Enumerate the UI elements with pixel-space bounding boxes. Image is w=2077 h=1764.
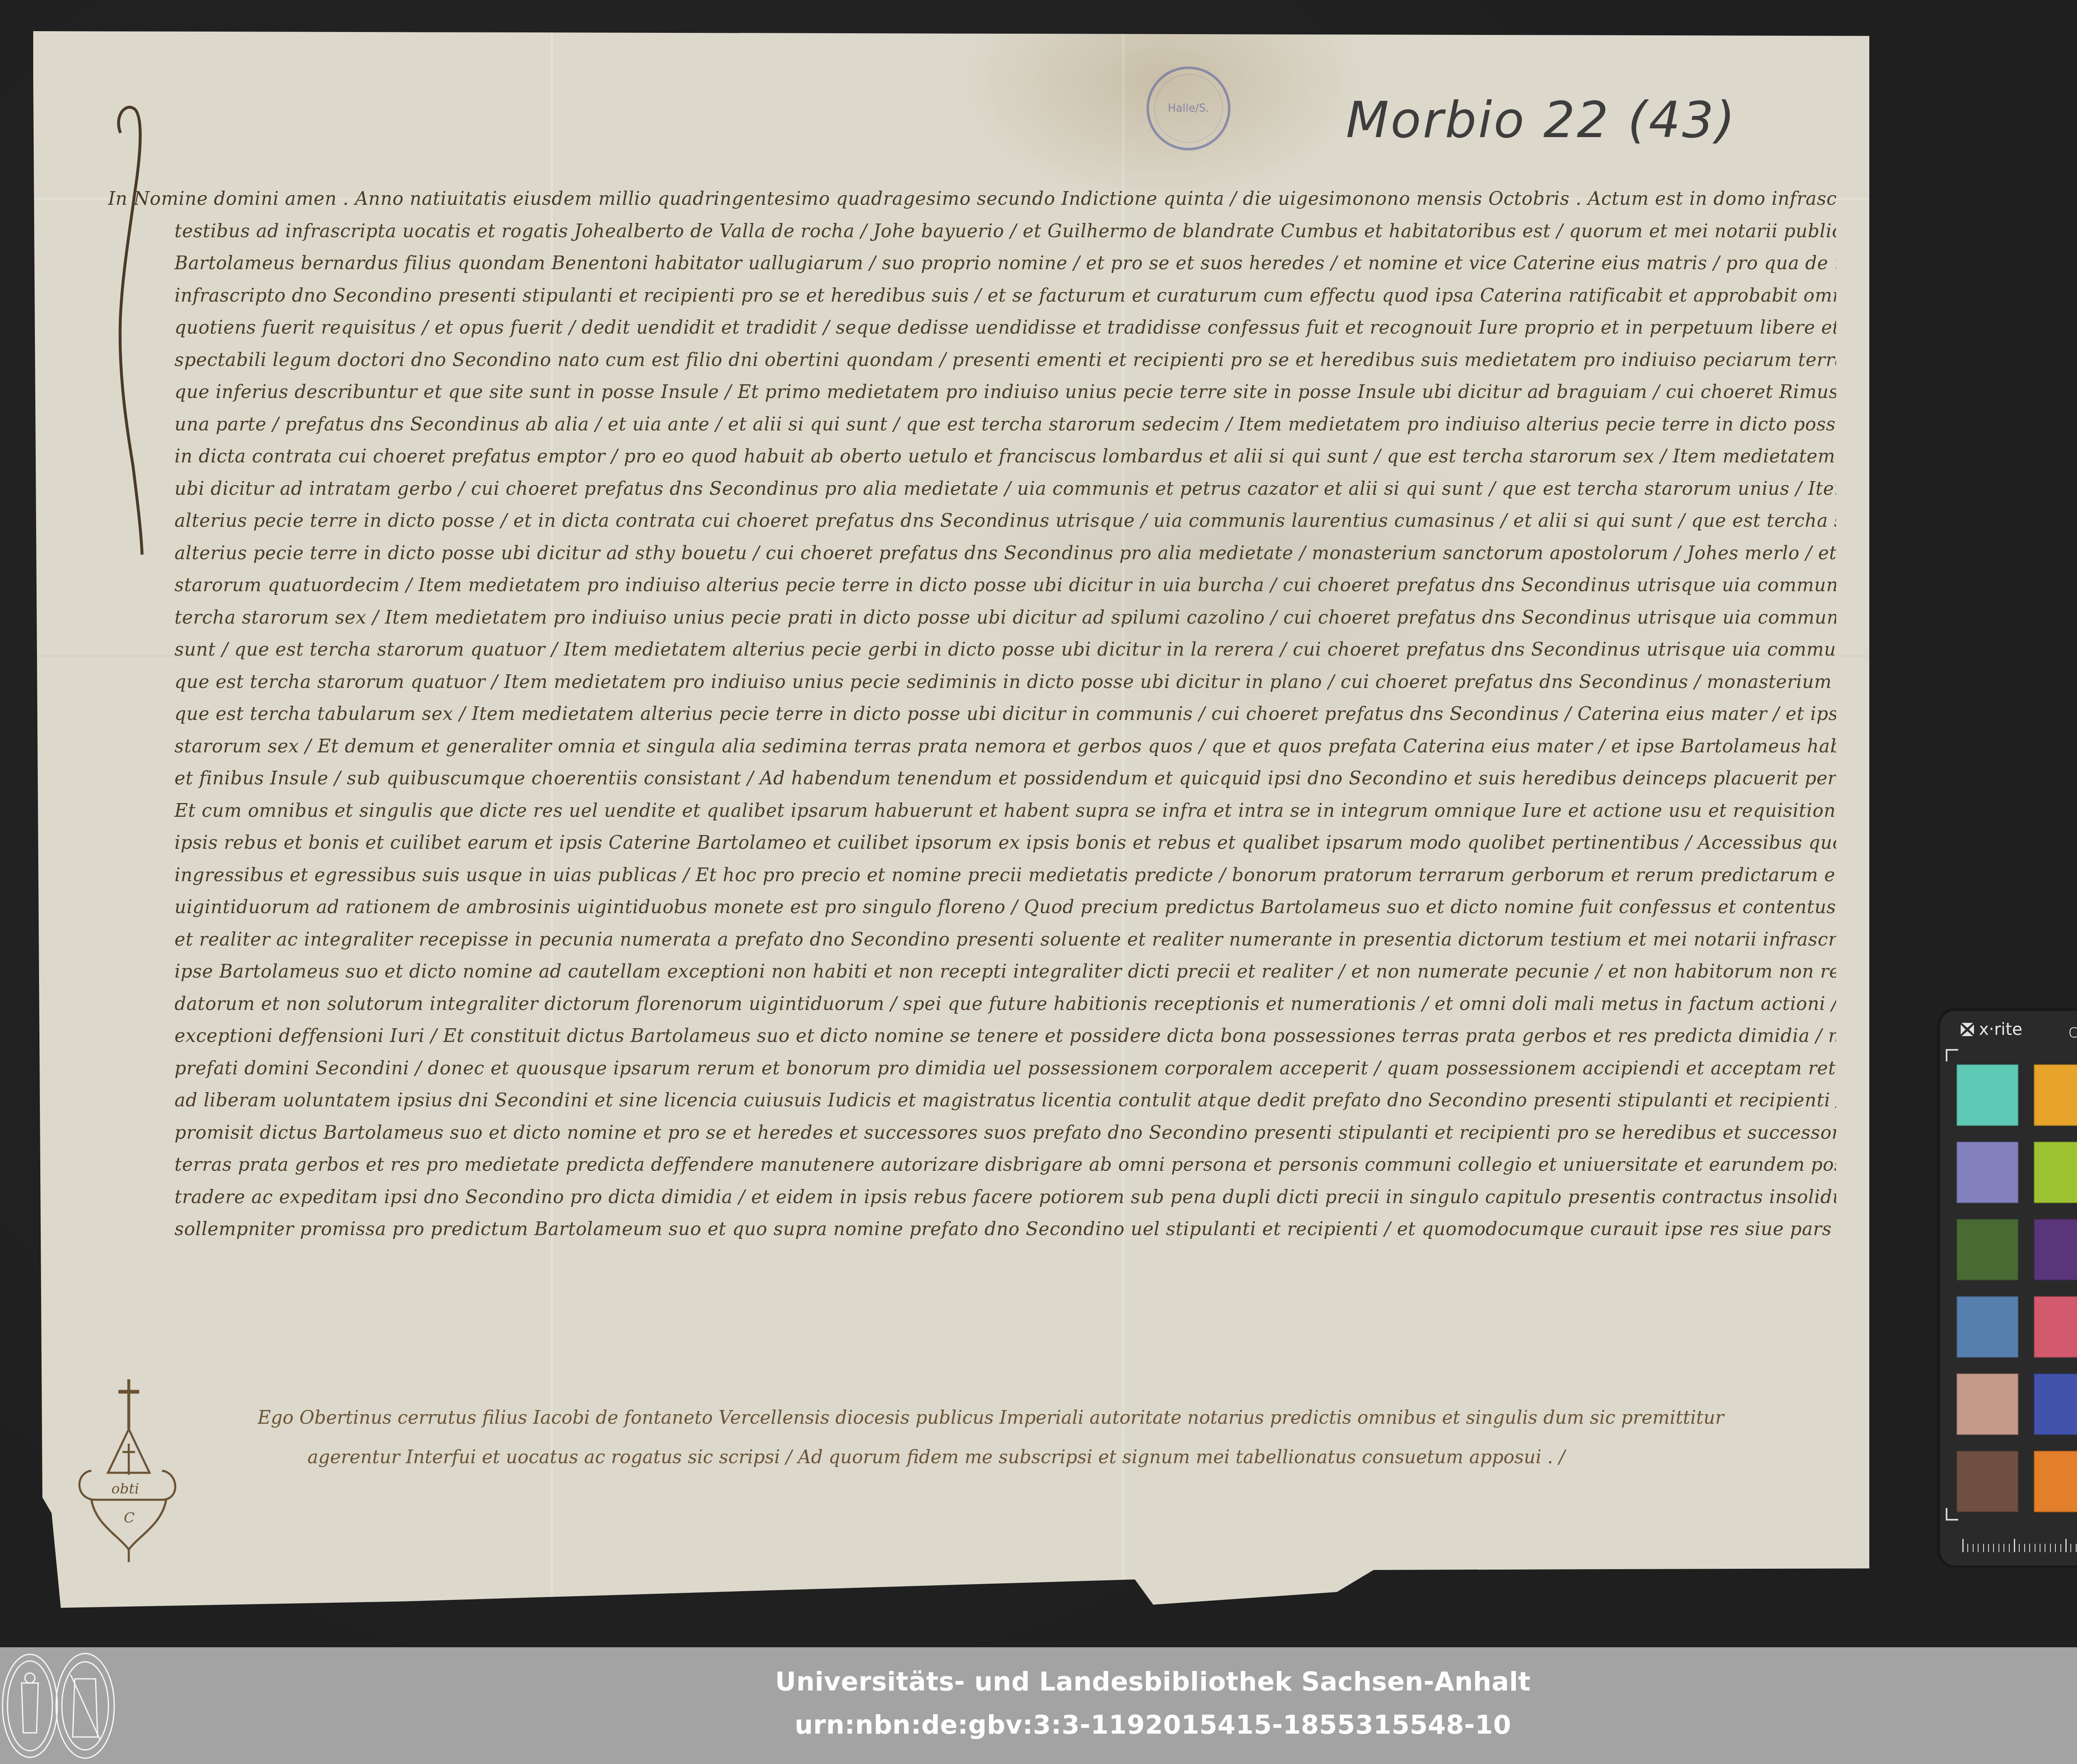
color-patch xyxy=(2034,1064,2077,1126)
svg-text:C: C xyxy=(124,1510,135,1526)
text-line: ipse Bartolameus suo et dicto nomine ad … xyxy=(108,956,1836,988)
text-line: in dicta contrata cui choeret prefatus e… xyxy=(108,440,1836,473)
text-line: terras prata gerbos et res pro medietate… xyxy=(108,1149,1836,1181)
text-line: uigintiduorum ad rationem de ambrosinis … xyxy=(108,891,1836,924)
xrite-brand: x·rite xyxy=(1960,1020,2022,1039)
text-line: alterius pecie terre in dicto posse ubi … xyxy=(108,537,1836,570)
text-line: sollempniter promissa pro predictum Bart… xyxy=(108,1213,1836,1246)
text-line: una parte / prefatus dns Secondinus ab a… xyxy=(108,408,1836,441)
svg-text:obti: obti xyxy=(111,1481,139,1497)
institution-name: Universitäts- und Landesbibliothek Sachs… xyxy=(0,1666,2077,1697)
text-line: prefati domini Secondini / donec et quou… xyxy=(108,1052,1836,1085)
library-footer-banner: Universitäts- und Landesbibliothek Sachs… xyxy=(0,1647,2077,1764)
color-patch xyxy=(2034,1219,2077,1280)
text-line: ubi dicitur ad intratam gerbo / cui choe… xyxy=(108,473,1836,505)
color-patch xyxy=(1957,1142,2018,1203)
text-line: In Nomine domini amen . Anno natiuitatis… xyxy=(108,183,1836,215)
library-ownership-stamp: Halle/S. xyxy=(1147,66,1230,150)
text-line: promisit dictus Bartolameus suo et dicto… xyxy=(108,1117,1836,1149)
text-line: et finibus Insule / sub quibuscumque cho… xyxy=(108,762,1836,795)
text-line: quotiens fuerit requisitus / et opus fue… xyxy=(108,312,1836,344)
color-patch xyxy=(1957,1219,2018,1280)
color-patch xyxy=(1957,1296,2018,1358)
shelfmark: Morbio 22 (43) xyxy=(1346,91,1737,149)
colorchecker-card: x·rite colorchecker CLASSIC mm xyxy=(1940,1011,2077,1565)
text-line: Bartolameus bernardus filius quondam Ben… xyxy=(108,247,1836,280)
subscription-line: agerentur Interfui et uocatus ac rogatus… xyxy=(258,1437,1753,1477)
color-patch xyxy=(1957,1373,2018,1435)
text-line: exceptioni deffensioni Iuri / Et constit… xyxy=(108,1020,1836,1052)
color-patch xyxy=(2034,1296,2077,1358)
color-patch xyxy=(1957,1451,2018,1512)
xrite-label: x·rite xyxy=(1979,1020,2022,1039)
xrite-logo-icon xyxy=(1960,1021,1975,1038)
text-line: tradere ac expeditam ipsi dno Secondino … xyxy=(108,1181,1836,1214)
text-line: Et cum omnibus et singulis que dicte res… xyxy=(108,795,1836,827)
text-line: testibus ad infrascripta uocatis et roga… xyxy=(108,215,1836,248)
notary-signum-icon: obti C xyxy=(66,1367,191,1562)
text-line: ad liberam uoluntatem ipsius dni Secondi… xyxy=(108,1084,1836,1117)
registration-corner xyxy=(1946,1049,1958,1061)
text-line: que est tercha starorum quatuor / Item m… xyxy=(108,666,1836,698)
text-line: ipsis rebus et bonis et cuilibet earum e… xyxy=(108,827,1836,859)
colorchecker-title: colorchecker CLASSIC xyxy=(2068,1021,2077,1042)
color-patch xyxy=(2034,1142,2077,1203)
stamp-ring xyxy=(1154,74,1223,143)
text-line: alterius pecie terre in dicto posse / et… xyxy=(108,505,1836,537)
text-line: infrascripto dno Secondino presenti stip… xyxy=(108,280,1836,312)
color-patch xyxy=(2034,1373,2077,1435)
text-line: et realiter ac integraliter recepisse in… xyxy=(108,924,1836,956)
text-line: starorum sex / Et demum et generaliter o… xyxy=(108,730,1836,763)
charter-body-text: In Nomine domini amen . Anno natiuitatis… xyxy=(108,183,1836,1246)
text-line: tercha starorum sex / Item medietatem pr… xyxy=(108,602,1836,634)
notarial-subscription: Ego Obertinus cerrutus filius Iacobi de … xyxy=(258,1398,1753,1477)
text-line: sunt / que est tercha starorum quatuor /… xyxy=(108,634,1836,666)
title-light: color xyxy=(2068,1021,2077,1042)
text-line: datorum et non solutorum integraliter di… xyxy=(108,988,1836,1020)
text-line: starorum quatuordecim / Item medietatem … xyxy=(108,569,1836,602)
subscription-line: Ego Obertinus cerrutus filius Iacobi de … xyxy=(258,1398,1753,1437)
text-line: spectabili legum doctori dno Secondino n… xyxy=(108,344,1836,376)
color-patch-grid xyxy=(1957,1064,2077,1512)
mm-ruler-major xyxy=(1962,1539,2077,1552)
text-line: que est tercha tabularum sex / Item medi… xyxy=(108,698,1836,730)
text-line: ingressibus et egressibus suis usque in … xyxy=(108,859,1836,892)
color-patch xyxy=(1957,1064,2018,1126)
text-line: que inferius describuntur et que site su… xyxy=(108,376,1836,408)
urn-identifier: urn:nbn:de:gbv:3:3-1192015415-1855315548… xyxy=(0,1710,2077,1740)
color-patch xyxy=(2034,1451,2077,1512)
